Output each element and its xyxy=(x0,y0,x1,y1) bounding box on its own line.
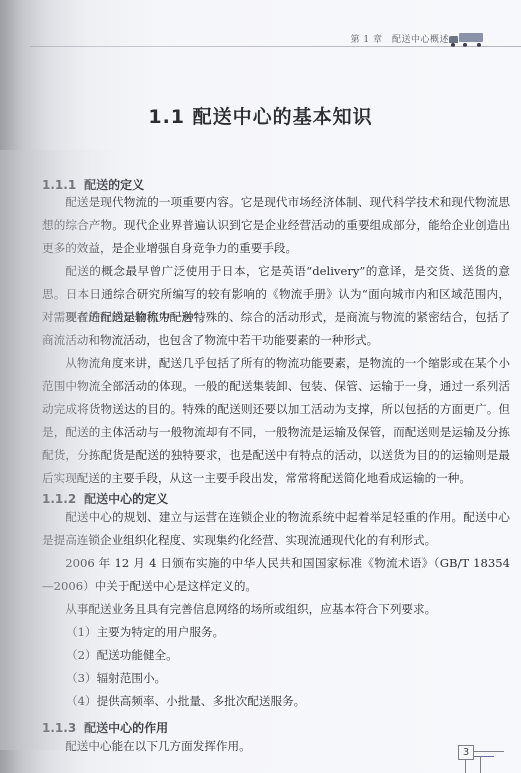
subsection-heading: 1.1.2配送中心的定义 xyxy=(42,490,168,507)
subsection-number: 1.1.2 xyxy=(42,492,76,506)
book-page: 第 1 章 配送中心概述 1.1 配送中心的基本知识 1.1.1配送的定义 配送… xyxy=(0,0,521,773)
paragraph: 配送中心的规划、建立与运营在连锁企业的物流系统中起着举足轻重的作用。配送中心是提… xyxy=(42,506,510,552)
subsection-title: 配送中心的作用 xyxy=(84,721,168,735)
page-number-decoration xyxy=(465,760,466,773)
truck-icon xyxy=(449,33,483,47)
page-number-decoration xyxy=(480,756,481,773)
list-item: （3）辐射范围小。 xyxy=(42,667,510,690)
paragraph: 现在的配送是物流中一种特殊的、综合的活动形式，是商流与物流的紧密结合，包括了商流… xyxy=(42,306,510,352)
list-item: （2）配送功能健全。 xyxy=(42,644,510,667)
subsection-title: 配送中心的定义 xyxy=(84,492,168,506)
paragraph: 2006 年 12 月 4 日颁布实施的中华人民共和国国家标准《物流术语》（GB… xyxy=(42,552,510,598)
paragraph: 从物流角度来讲，配送几乎包括了所有的物流功能要素，是物流的一个缩影或在某个小范围… xyxy=(42,352,510,489)
subsection-number: 1.1.3 xyxy=(42,721,76,735)
subsection-title: 配送的定义 xyxy=(84,178,144,192)
page-number: 3 xyxy=(458,745,474,760)
subsection-heading: 1.1.3配送中心的作用 xyxy=(42,719,168,736)
paragraph: 配送中心能在以下几方面发挥作用。 xyxy=(42,735,510,758)
page-number-decoration xyxy=(474,751,504,752)
list-item: （1）主要为特定的用户服务。 xyxy=(42,621,510,644)
page-number-decoration xyxy=(474,756,494,757)
subsection-number: 1.1.1 xyxy=(42,178,76,192)
paragraph: 配送是现代物流的一项重要内容。它是现代市场经济体制、现代科学技术和现代物流思想的… xyxy=(42,191,510,260)
running-head-chapter: 第 1 章 配送中心概述 xyxy=(351,32,449,45)
section-title: 1.1 配送中心的基本知识 xyxy=(0,102,521,129)
list-item: （4）提供高频率、小批量、多批次配送服务。 xyxy=(42,690,510,713)
running-head-rule xyxy=(30,46,521,47)
paragraph: 从事配送业务且具有完善信息网络的场所或组织，应基本符合下列要求。 xyxy=(42,598,510,621)
